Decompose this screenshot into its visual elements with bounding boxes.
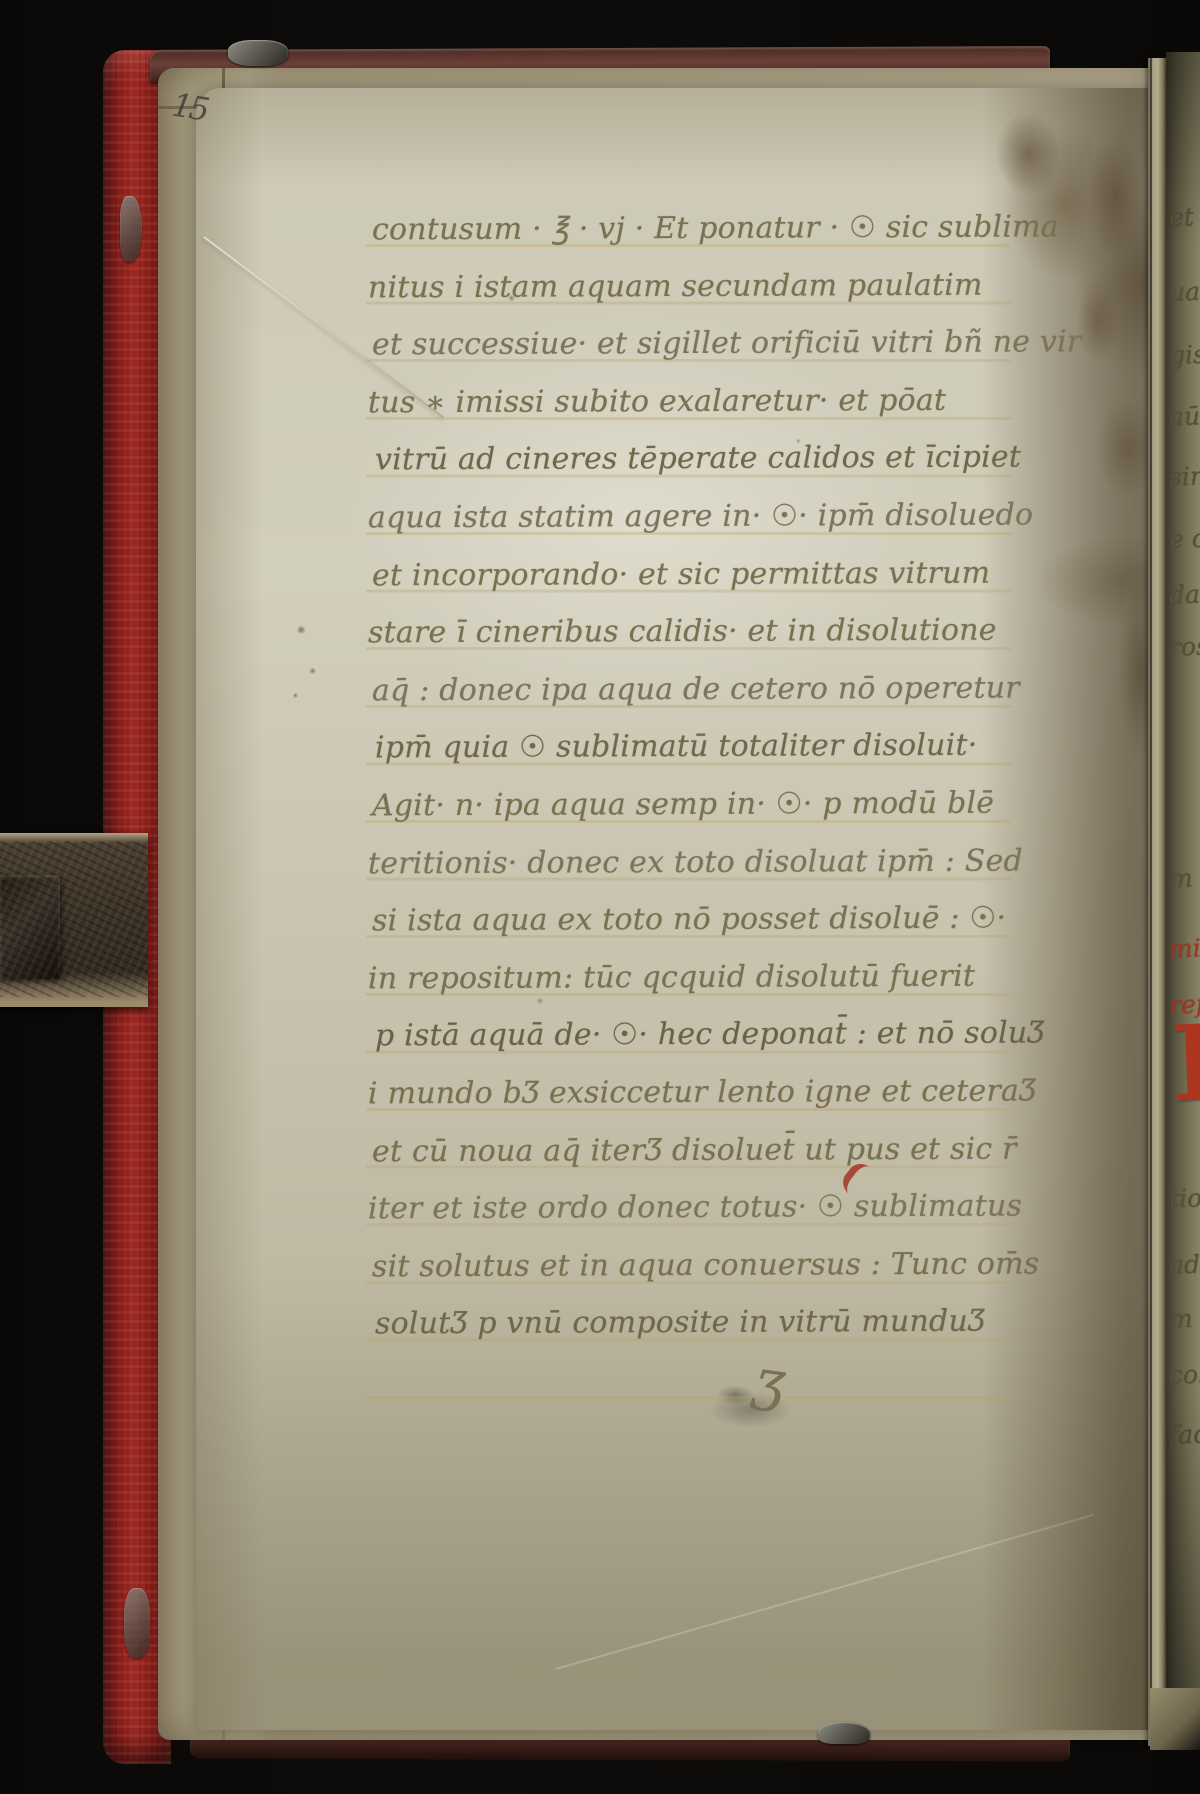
facing-text-fragment-10: mi — [1169, 933, 1200, 963]
clasp-nub-bottom — [818, 1722, 870, 1744]
manuscript-page: contusum · ℥ · vj · Et ponatur · ☉ sic s… — [196, 88, 1152, 1730]
manuscript-line-19: sit solutus et in aqua conuersus : Tunc … — [372, 1235, 992, 1295]
manuscript-line-10: ipm̄ quia ☉ sublimatū totaliter disoluit… — [375, 717, 992, 777]
manuscript-line-15: p istā aquā de· ☉· hec deponat̄ : et nō … — [375, 1005, 992, 1065]
facing-text-fragment-4: aū — [1169, 401, 1200, 431]
folio-number: 15 — [169, 86, 209, 129]
manuscript-line-11: Agit· n· ipa aqua semp in· ☉· p modū blē — [372, 775, 992, 835]
facing-text-fragment-9: m — [1169, 864, 1194, 894]
manuscript-line-1: contusum · ℥ · vj · Et ponatur · ☉ sic s… — [372, 199, 992, 259]
manuscript-line-4: tus ∗ imissi subito exalaretur· et pōat — [368, 371, 992, 431]
manuscript-line-2: nitus i istam aquam secundam paulatim — [368, 256, 992, 316]
manuscript-text-block: contusum · ℥ · vj · Et ponatur · ☉ sic s… — [372, 200, 992, 1420]
binding-gutter — [1148, 58, 1166, 1746]
facing-page-bottom-edge — [1150, 1688, 1200, 1750]
manuscript-line-16: i mundo bƷ exsiccetur lento igne et cete… — [368, 1063, 992, 1123]
facing-text-fragment-16: colo — [1169, 1359, 1200, 1390]
manuscript-photo: contusum · ℥ · vj · Et ponatur · ☉ sic s… — [0, 0, 1200, 1794]
clasp-nub-left-lower — [124, 1588, 150, 1658]
manuscript-line-6: aqua ista statim agere in· ☉· ipm̄ disol… — [368, 487, 992, 547]
clasp-nub-top — [228, 40, 288, 66]
leather-clasp-strap — [0, 833, 148, 1007]
manuscript-line-3: et successiue· et sigillet orificiū vitr… — [372, 314, 992, 374]
manuscript-line-14: in repositum: tūc qcquid disolutū fuerit — [368, 947, 992, 1007]
facing-page-sliver: et daua agisfaaūsine cūdarrosammirefRtio… — [1166, 52, 1200, 1704]
facing-text-fragment-3: gisfa — [1169, 339, 1200, 370]
manuscript-line-13: si ista aqua ex toto nō posset disoluē :… — [372, 890, 992, 950]
facing-text-fragment-11: ref — [1169, 989, 1200, 1019]
facing-text-fragment-15: m v — [1169, 1303, 1200, 1334]
manuscript-line-9: aq̄ : donec ipa aqua de cetero nō operet… — [372, 659, 992, 719]
manuscript-line-12: teritionis· donec ex toto disoluat ipm̄ … — [368, 832, 992, 892]
manuscript-line-18: iter et iste ordo donec totus· ☉ sublima… — [368, 1178, 992, 1238]
manuscript-line-8: stare ī cineribus calidis· et in disolut… — [368, 602, 992, 662]
facing-text-fragment-2: ua a — [1169, 276, 1200, 307]
facing-text-fragment-5: sin — [1169, 461, 1200, 491]
manuscript-line-20: solutƷ p vnū composite in vitrū munduƷ — [375, 1293, 992, 1353]
facing-text-fragment-6: e cū — [1169, 523, 1200, 554]
facing-text-fragment-14: ad p — [1169, 1249, 1200, 1280]
facing-text-fragment-17: fac — [1169, 1419, 1200, 1449]
facing-text-fragment-7: dar — [1169, 579, 1200, 609]
facing-text-fragment-13: tio — [1169, 1183, 1200, 1213]
manuscript-line-7: et incorporando· et sic permittas vitrum — [372, 544, 992, 604]
clasp-nub-left-upper — [120, 196, 142, 262]
facing-text-fragment-1: et da — [1169, 201, 1200, 232]
clasp-metal-fitting — [0, 875, 60, 979]
facing-text-fragment-8: rosa — [1169, 631, 1200, 662]
manuscript-line-17: et cū noua aq̄ iterƷ disoluet̄ ut pus et… — [372, 1120, 992, 1180]
manuscript-line-5: vitrū ad cineres tēperate calidos et īci… — [375, 429, 992, 489]
facing-text-fragment-12: R — [1170, 1013, 1200, 1115]
